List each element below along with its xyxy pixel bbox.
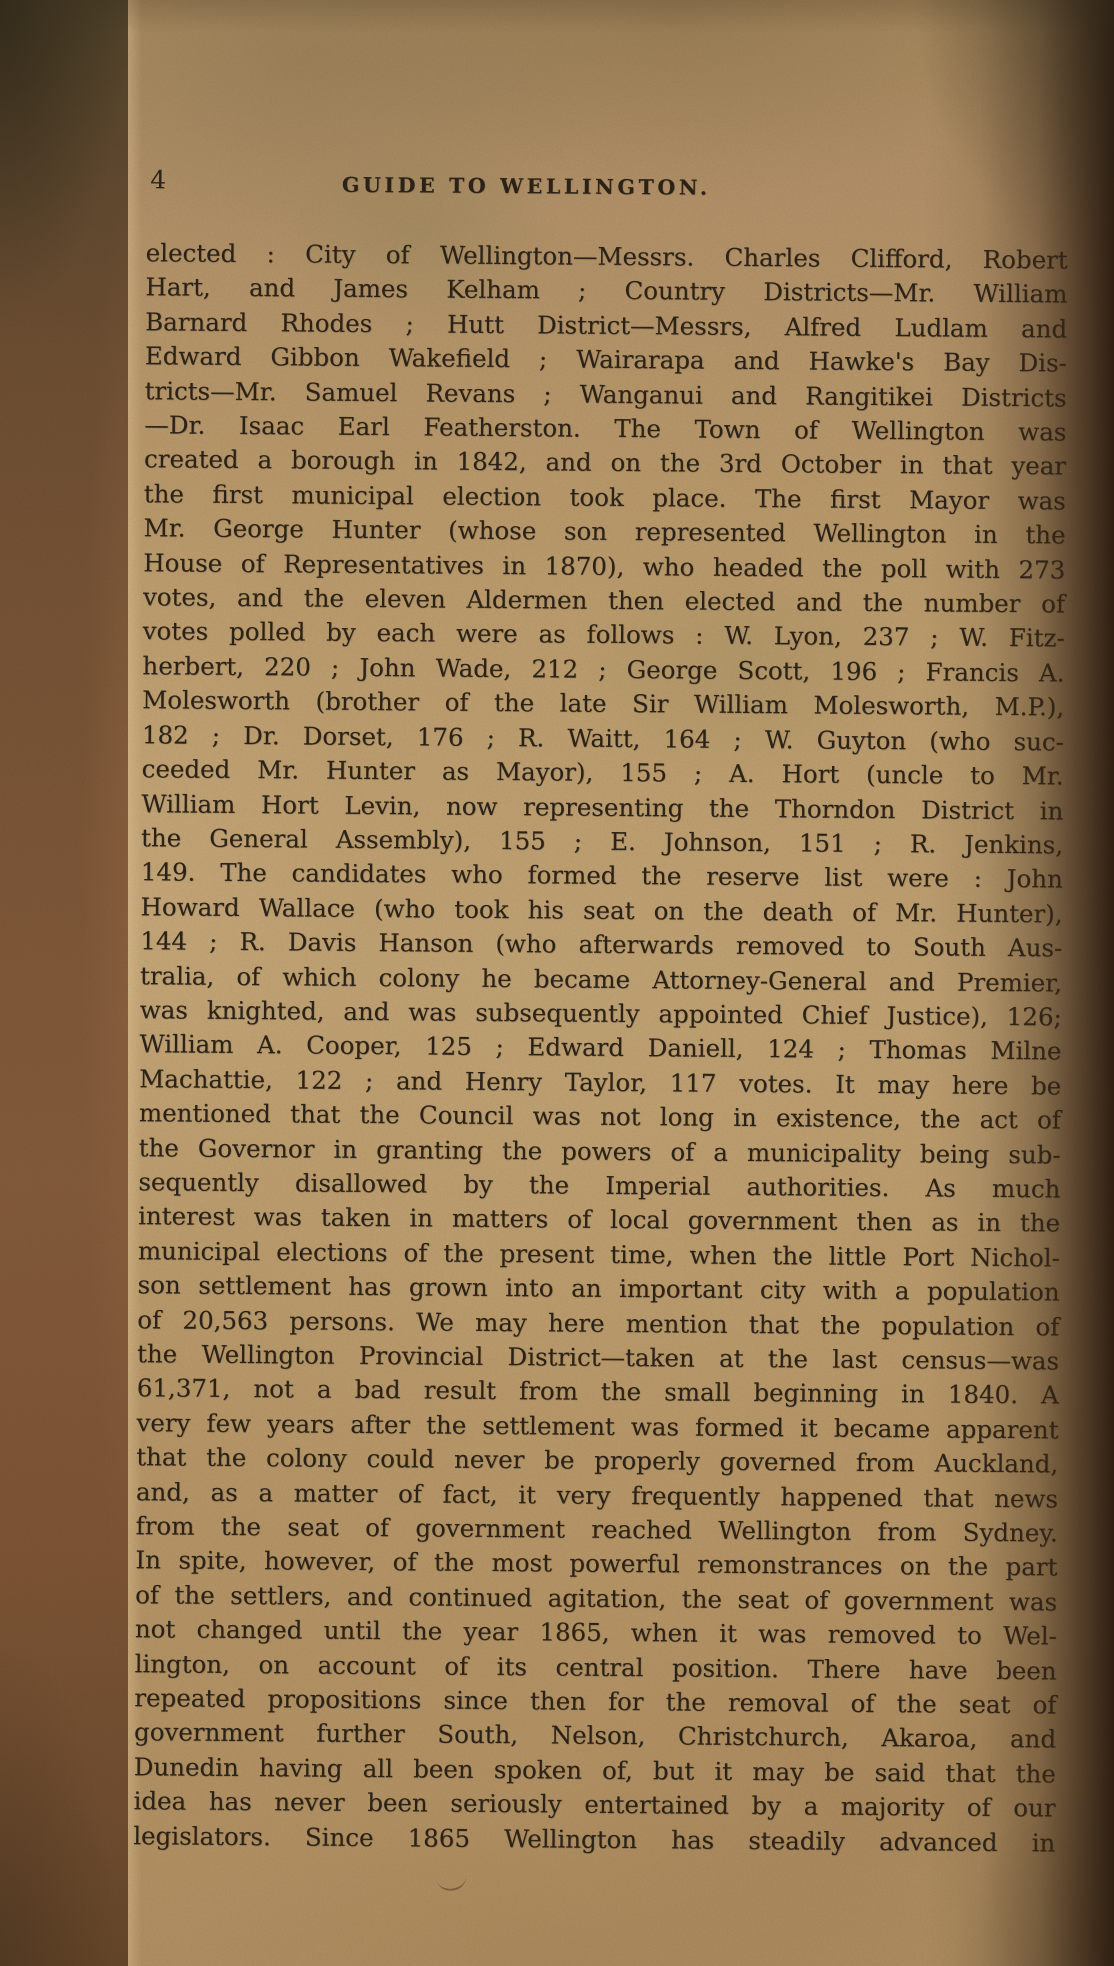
text-line: legislators. Since 1865 Wellington has s… — [133, 1819, 1055, 1861]
page-title: GUIDE TO WELLINGTON. — [342, 173, 711, 200]
printed-page-content: 4 GUIDE TO WELLINGTON. elected : City of… — [120, 0, 1114, 1966]
pencil-mark — [436, 1873, 468, 1893]
book-page-paper: 4 GUIDE TO WELLINGTON. elected : City of… — [128, 0, 1114, 1966]
page-text-block: elected : City of Wellington—Messrs. Cha… — [133, 236, 1068, 1860]
page-header: 4 GUIDE TO WELLINGTON. — [134, 166, 1114, 210]
book-binding-edge — [0, 0, 130, 1966]
page-number: 4 — [150, 166, 166, 194]
scanned-book-page-photo: 4 GUIDE TO WELLINGTON. elected : City of… — [0, 0, 1114, 1966]
